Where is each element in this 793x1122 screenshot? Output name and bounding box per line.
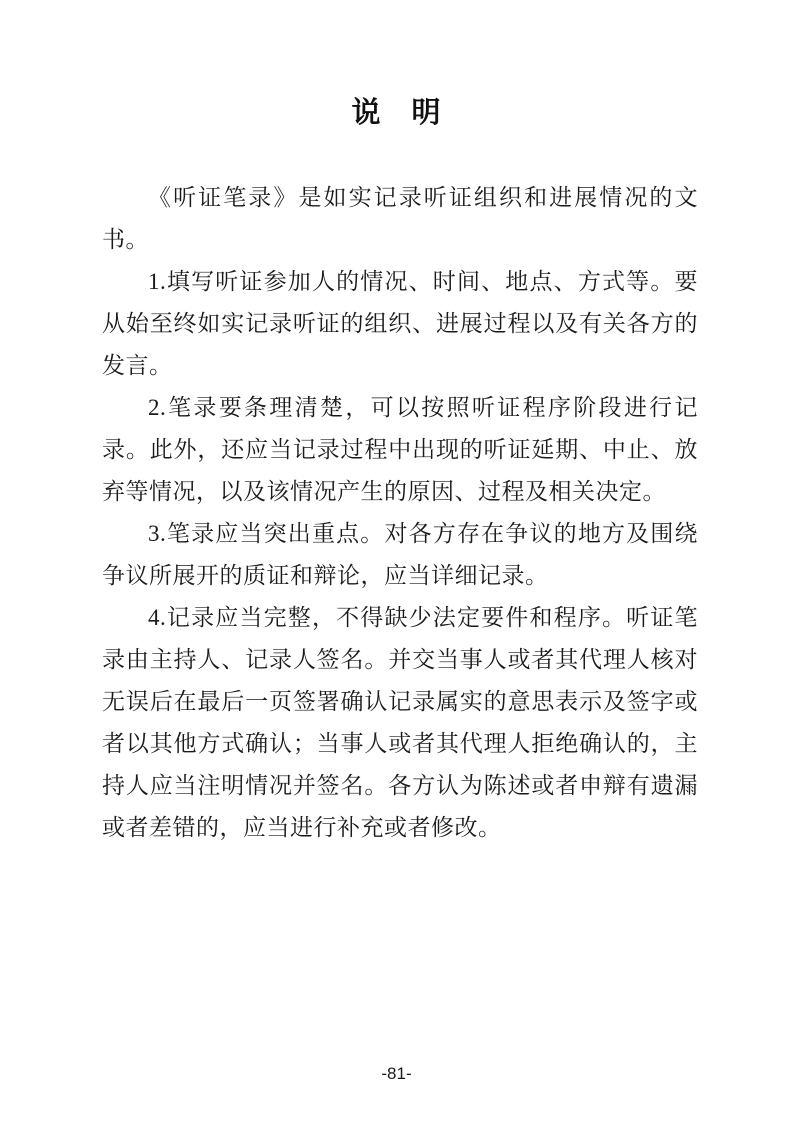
paragraph-item-4: 4.记录应当完整，不得缺少法定要件和程序。听证笔录由主持人、记录人签名。并交当事… <box>102 597 698 849</box>
paragraph-item-1: 1.填写听证参加人的情况、时间、地点、方式等。要从始至终如实记录听证的组织、进展… <box>102 261 698 387</box>
page-title: 说 明 <box>0 96 793 130</box>
paragraph-intro: 《听证笔录》是如实记录听证组织和进展情况的文书。 <box>102 177 698 261</box>
page-number: -81- <box>0 1063 793 1085</box>
paragraph-item-2: 2.笔录要条理清楚，可以按照听证程序阶段进行记录。此外，还应当记录过程中出现的听… <box>102 387 698 513</box>
document-body: 《听证笔录》是如实记录听证组织和进展情况的文书。 1.填写听证参加人的情况、时间… <box>102 177 698 849</box>
document-page: 说 明 《听证笔录》是如实记录听证组织和进展情况的文书。 1.填写听证参加人的情… <box>0 0 793 1122</box>
paragraph-item-3: 3.笔录应当突出重点。对各方存在争议的地方及围绕争议所展开的质证和辩论，应当详细… <box>102 513 698 597</box>
